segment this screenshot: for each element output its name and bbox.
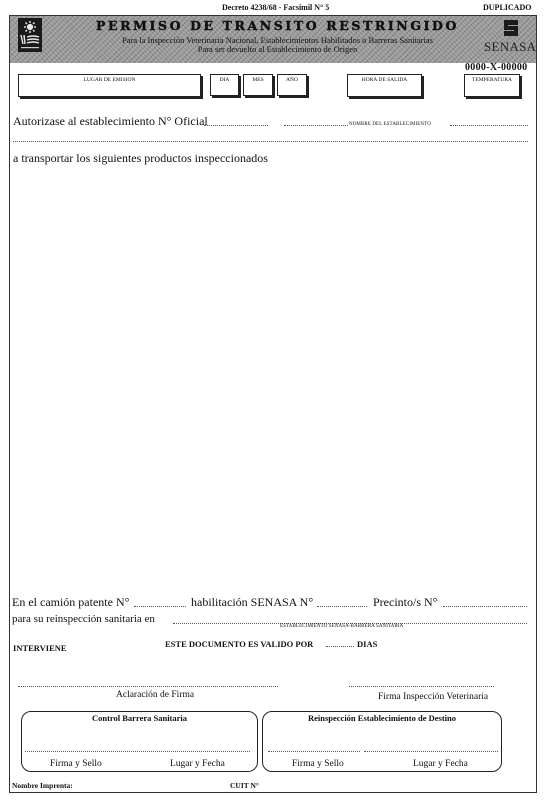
temperatura-field[interactable]: TEMPERATURA	[464, 74, 520, 97]
dia-label: DIA	[220, 77, 230, 83]
copy-label: DUPLICADO	[483, 3, 531, 12]
reinspeccion-destino-fecha-line[interactable]	[364, 751, 498, 752]
establishment-name-caption: NOMBRE DEL ESTABLECIMIENTO	[349, 122, 431, 127]
control-barrera-fecha-label: Lugar y Fecha	[170, 759, 225, 769]
reinspeccion-destino-firma-label: Firma y Sello	[292, 759, 344, 769]
lugar-emision-label: LUGAR DE EMISION	[84, 77, 136, 83]
cuit-label: CUIT N°	[230, 781, 259, 790]
validity-days-field[interactable]	[326, 646, 354, 647]
dia-field[interactable]: DIA	[210, 74, 239, 96]
reinspeccion-destino-fecha-label: Lugar y Fecha	[413, 759, 468, 769]
control-barrera-firma-label: Firma y Sello	[50, 759, 102, 769]
firma-inspeccion-signature-line[interactable]	[349, 686, 494, 687]
oficial-number-field[interactable]	[204, 125, 268, 126]
temperatura-label: TEMPERATURA	[472, 77, 512, 83]
authorize-text: Autorizase al establecimiento N° Oficial	[13, 114, 208, 129]
aclaracion-label: Aclaración de Firma	[116, 690, 194, 700]
mes-field[interactable]: MES	[243, 74, 273, 96]
interviene-label: INTERVIENE	[13, 643, 67, 653]
hora-salida-field[interactable]: HORA DE SALIDA	[347, 74, 422, 97]
reinspeccion-text: para su reinspección sanitaria en	[12, 613, 155, 625]
anio-field[interactable]: AÑO	[277, 74, 307, 96]
truck-plate-field[interactable]	[134, 606, 186, 607]
lugar-emision-field[interactable]: LUGAR DE EMISION	[18, 74, 201, 97]
reinspeccion-destino-firma-line[interactable]	[268, 751, 360, 752]
anio-label: AÑO	[286, 77, 298, 83]
mes-label: MES	[252, 77, 263, 83]
establishment-name-field-left[interactable]	[284, 125, 348, 126]
products-area[interactable]	[12, 168, 532, 588]
validity-prefix: ESTE DOCUMENTO ES VALIDO POR	[165, 639, 313, 649]
firma-inspeccion-label: Firma Inspección Veterinaria	[378, 692, 488, 702]
ministry-logo-icon	[18, 18, 42, 52]
establishment-continuation-field[interactable]	[13, 141, 528, 142]
precinto-text: Precinto/s N°	[373, 595, 437, 610]
hora-salida-label: HORA DE SALIDA	[362, 77, 408, 83]
brand-name: SENASA	[484, 39, 536, 55]
senasa-logo-icon	[502, 19, 520, 37]
truck-text: En el camión patente N°	[12, 595, 129, 610]
form-subtitle: Para la Inspección Veterinaria Nacional,…	[80, 36, 475, 53]
form-title: PERMISO DE TRANSITO RESTRINGIDO	[80, 18, 475, 33]
habilitacion-text: habilitación SENASA N°	[191, 595, 313, 610]
establishment-name-field-right[interactable]	[450, 125, 528, 126]
aclaracion-signature-line[interactable]	[18, 686, 278, 687]
transport-text: a transportar los siguientes productos i…	[13, 151, 268, 166]
validity-suffix: DIAS	[357, 639, 377, 649]
habilitacion-number-field[interactable]	[317, 606, 367, 607]
reinspeccion-caption: ESTABLECIMIENTO SENASA-BARRERA SANITARIA	[280, 624, 403, 629]
control-barrera-title: Control Barrera Sanitaria	[21, 713, 258, 723]
printer-label: Nombre Imprenta:	[12, 781, 73, 790]
reinspeccion-destino-title: Reinspección Establecimiento de Destino	[262, 713, 502, 723]
control-barrera-signature-line[interactable]	[25, 751, 250, 752]
subtitle-line-2: Para ser devuelto al Establecimiento de …	[80, 45, 475, 54]
serial-number: 0000-X-00000	[465, 62, 527, 73]
precinto-number-field[interactable]	[443, 606, 527, 607]
decree-reference: Decreto 4238/68 - Facsimil N° 5	[222, 3, 329, 12]
